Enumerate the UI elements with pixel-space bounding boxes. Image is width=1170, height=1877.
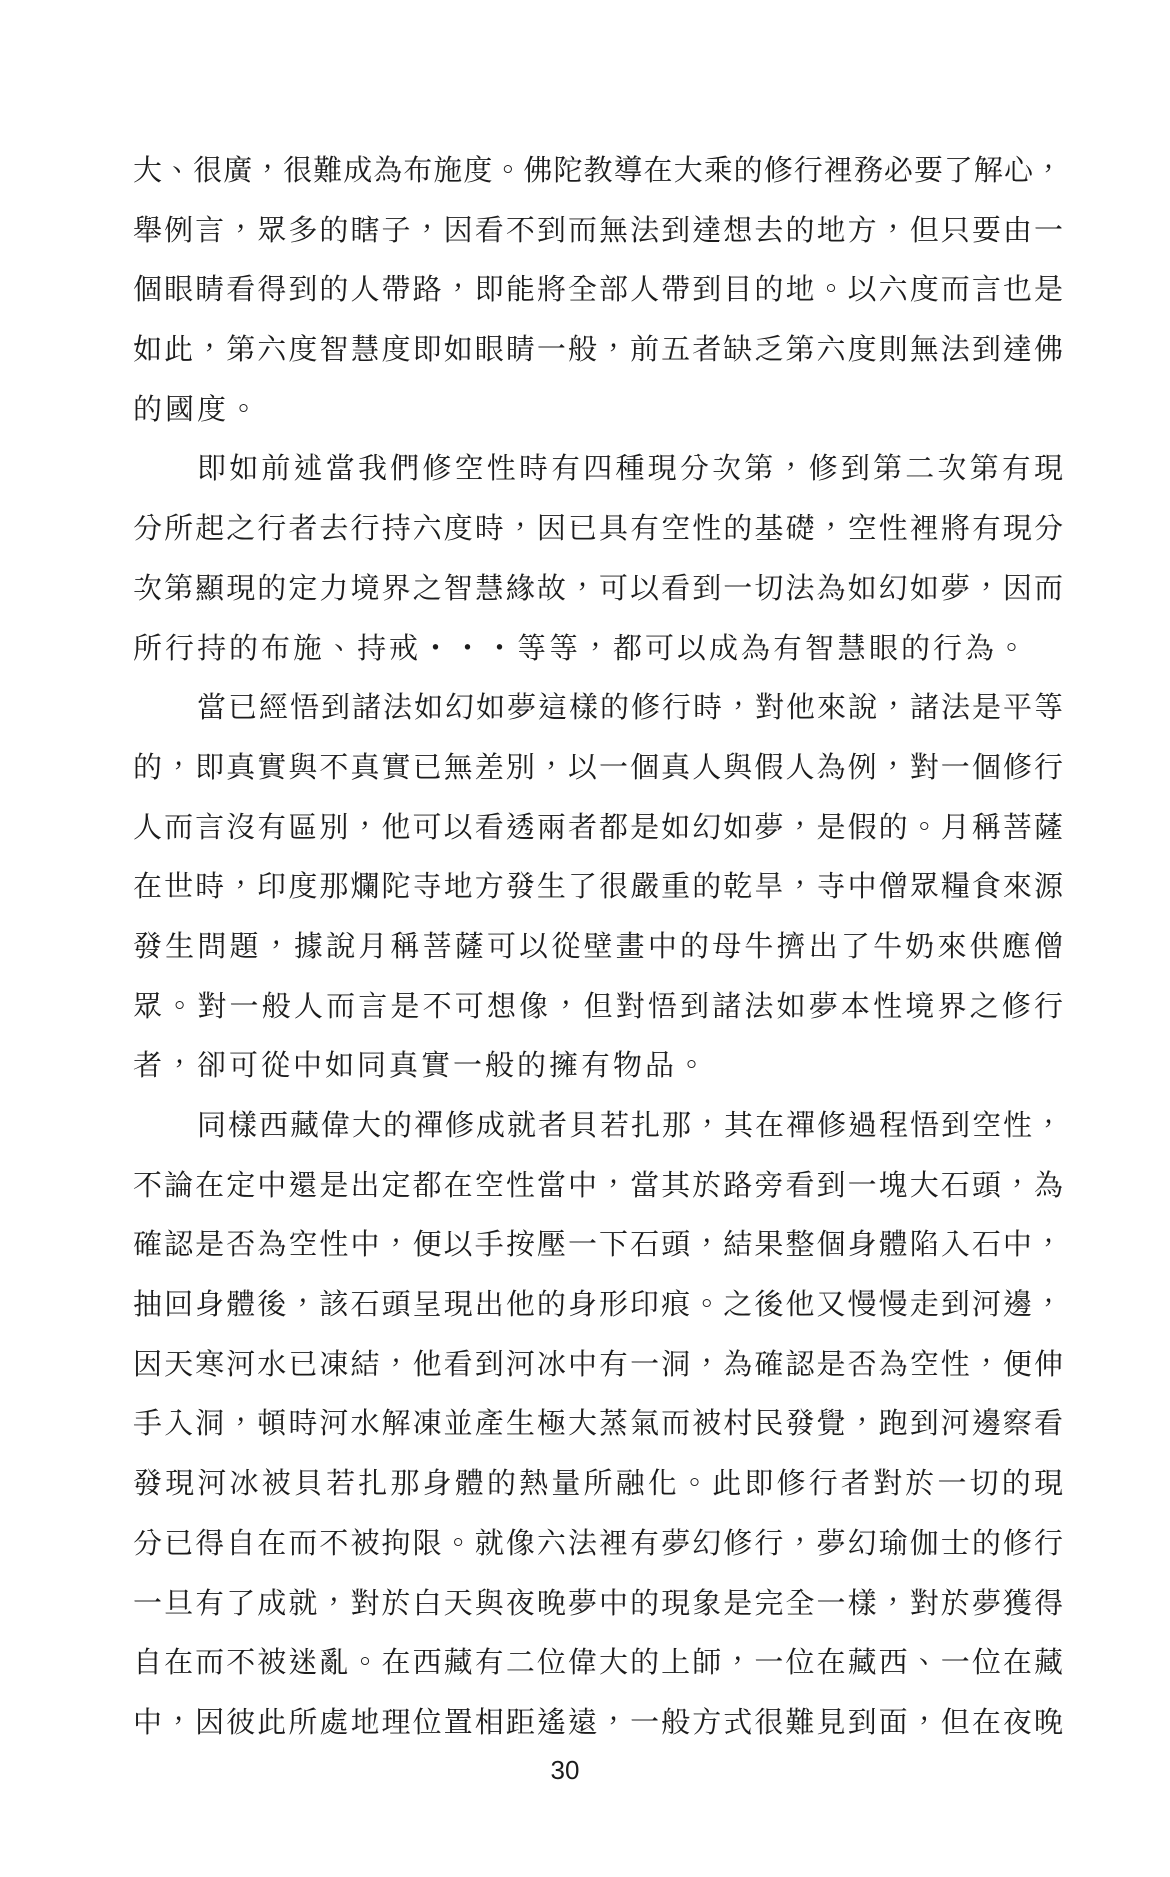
page-number: 30 (0, 1750, 1130, 1790)
text-line: 因天寒河水已凍結，他看到河冰中有一洞，為確認是否為空性，便伸 (133, 1335, 1063, 1395)
text-line: 如此，第六度智慧度即如眼睛一般，前五者缺乏第六度則無法到達佛 (133, 320, 1063, 380)
text-line: 手入洞，頓時河水解凍並產生極大蒸氣而被村民發覺，跑到河邊察看 (133, 1394, 1063, 1454)
text-line: 中，因彼此所處地理位置相距遙遠，一般方式很難見到面，但在夜晚 (133, 1693, 1063, 1753)
text-line: 抽回身體後，該石頭呈現出他的身形印痕。之後他又慢慢走到河邊， (133, 1275, 1063, 1335)
text-line: 的，即真實與不真實已無差別，以一個真人與假人為例，對一個修行 (133, 738, 1063, 798)
text-line-paragraph-end: 所行持的布施、持戒・・・等等，都可以成為有智慧眼的行為。 (133, 619, 1063, 679)
text-line: 一旦有了成就，對於白天與夜晚夢中的現象是完全一樣，對於夢獲得 (133, 1574, 1063, 1634)
text-line: 在世時，印度那爛陀寺地方發生了很嚴重的乾旱，寺中僧眾糧食來源 (133, 857, 1063, 917)
text-line: 人而言沒有區別，他可以看透兩者都是如幻如夢，是假的。月稱菩薩 (133, 798, 1063, 858)
text-line: 自在而不被迷亂。在西藏有二位偉大的上師，一位在藏西、一位在藏 (133, 1633, 1063, 1693)
document-page: 大、很廣，很難成為布施度。佛陀教導在大乘的修行裡務必要了解心， 舉例言，眾多的瞎… (0, 0, 1170, 1877)
text-line: 大、很廣，很難成為布施度。佛陀教導在大乘的修行裡務必要了解心， (133, 141, 1063, 201)
text-line-paragraph-end: 的國度。 (133, 380, 1063, 440)
text-line-paragraph-start: 當已經悟到諸法如幻如夢這樣的修行時，對他來說，諸法是平等 (133, 678, 1063, 738)
text-line: 次第顯現的定力境界之智慧緣故，可以看到一切法為如幻如夢，因而 (133, 559, 1063, 619)
body-text: 大、很廣，很難成為布施度。佛陀教導在大乘的修行裡務必要了解心， 舉例言，眾多的瞎… (133, 141, 1063, 1753)
text-line-paragraph-start: 同樣西藏偉大的禪修成就者貝若扎那，其在禪修過程悟到空性， (133, 1096, 1063, 1156)
text-line: 分已得自在而不被拘限。就像六法裡有夢幻修行，夢幻瑜伽士的修行 (133, 1514, 1063, 1574)
text-line-paragraph-start: 即如前述當我們修空性時有四種現分次第，修到第二次第有現 (133, 439, 1063, 499)
text-line: 確認是否為空性中，便以手按壓一下石頭，結果整個身體陷入石中， (133, 1215, 1063, 1275)
text-line: 眾。對一般人而言是不可想像，但對悟到諸法如夢本性境界之修行 (133, 977, 1063, 1037)
text-line: 個眼睛看得到的人帶路，即能將全部人帶到目的地。以六度而言也是 (133, 260, 1063, 320)
text-line-paragraph-end: 者，卻可從中如同真實一般的擁有物品。 (133, 1036, 1063, 1096)
text-line: 發現河冰被貝若扎那身體的熱量所融化。此即修行者對於一切的現 (133, 1454, 1063, 1514)
text-line: 分所起之行者去行持六度時，因已具有空性的基礎，空性裡將有現分 (133, 499, 1063, 559)
text-line: 不論在定中還是出定都在空性當中，當其於路旁看到一塊大石頭，為 (133, 1156, 1063, 1216)
text-line: 發生問題，據說月稱菩薩可以從壁畫中的母牛擠出了牛奶來供應僧 (133, 917, 1063, 977)
text-line: 舉例言，眾多的瞎子，因看不到而無法到達想去的地方，但只要由一 (133, 201, 1063, 261)
